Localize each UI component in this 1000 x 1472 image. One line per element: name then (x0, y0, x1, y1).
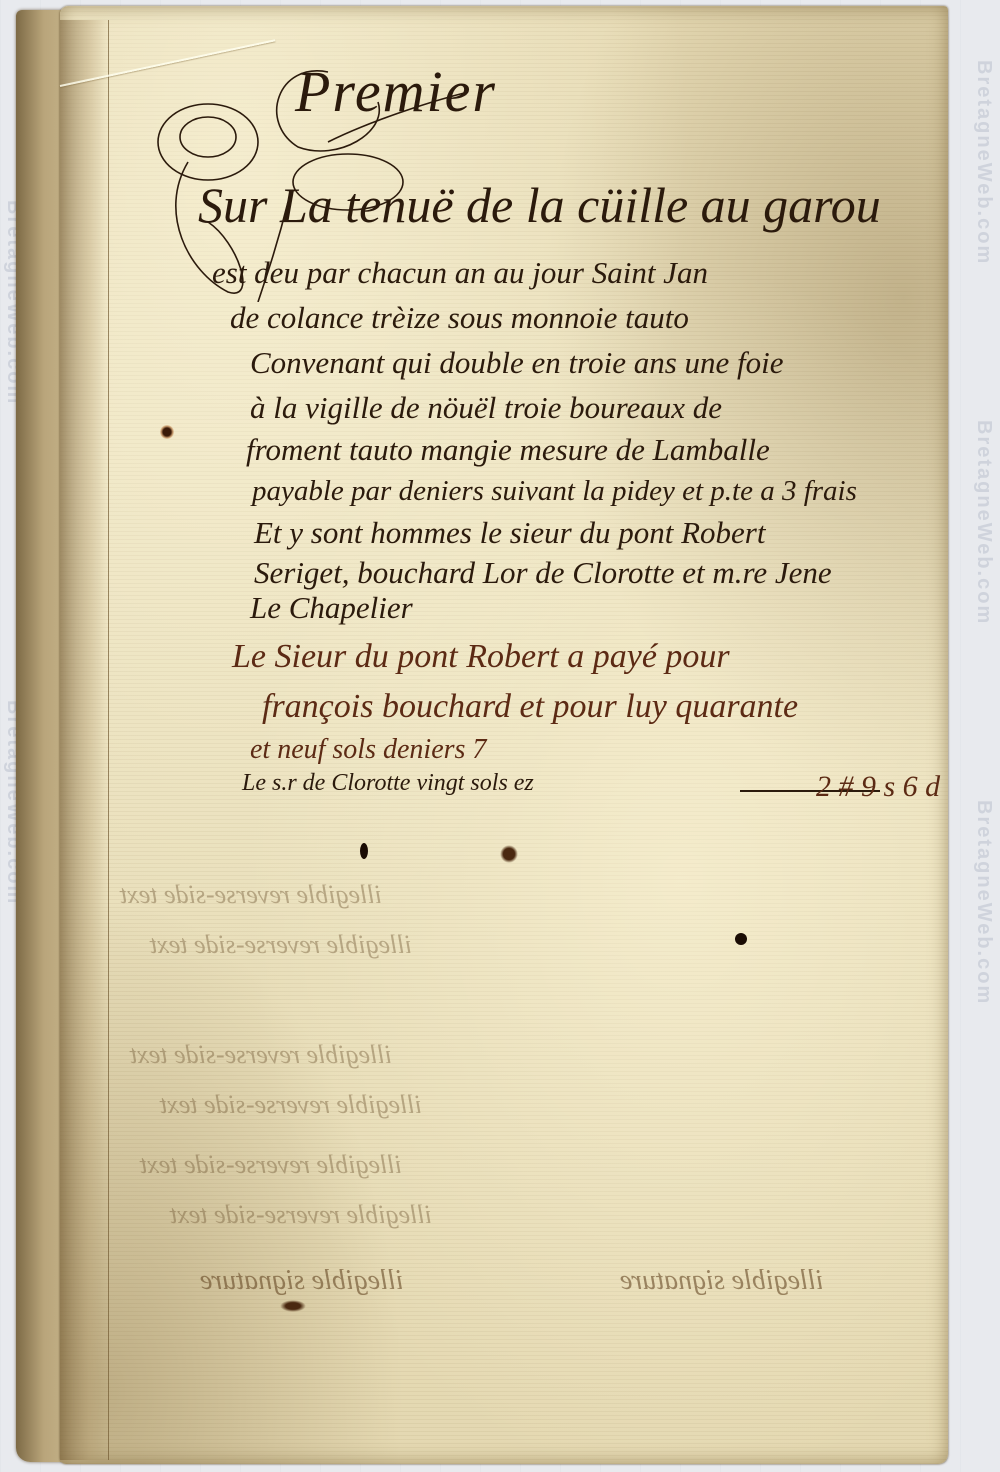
watermark-right-3: BretagneWeb.com (972, 800, 995, 1005)
heading-subject: Sur La tenuë de la cüille au garou (198, 176, 881, 234)
body-line-1: est deu par chacun an au jour Saint Jan (212, 255, 708, 291)
body-line-6: payable par deniers suivant la pidey et … (252, 475, 857, 508)
ink-stain (280, 1300, 306, 1312)
bleed-through-line: illegible reverse-side text (150, 930, 412, 960)
body-line-7: Et y sont hommes le sieur du pont Robert (254, 515, 765, 551)
annotation-line-2: françois bouchard et pour luy quarante (262, 688, 798, 726)
bleed-through-signature: illegible signature (620, 1265, 824, 1297)
left-folded-edge (60, 20, 109, 1460)
watermark-right-2: BretagneWeb.com (972, 420, 995, 625)
body-line-8: Seriget, bouchard Lor de Clorotte et m.r… (254, 555, 832, 591)
ink-stain (500, 845, 518, 863)
bleed-through-line: illegible reverse-side text (130, 1040, 392, 1070)
body-line-3: Convenant qui double en troie ans une fo… (250, 345, 784, 381)
ink-drop (735, 933, 747, 945)
annotation-line-4: Le s.r de Clorotte vingt sols ez (242, 770, 534, 797)
ink-drop (360, 843, 368, 859)
bleed-through-line: illegible reverse-side text (160, 1090, 422, 1120)
bleed-through-signature: illegible signature (200, 1265, 404, 1297)
ink-stain (160, 425, 174, 439)
watermark-right: BretagneWeb.com (972, 60, 995, 265)
annotation-line-1: Le Sieur du pont Robert a payé pour (232, 638, 730, 676)
body-line-4: à la vigille de nöuël troie boureaux de (250, 390, 722, 426)
body-line-5: froment tauto mangie mesure de Lamballe (246, 432, 770, 468)
margin-sum: 2 # 9 s 6 d (816, 770, 940, 804)
heading-title: Premier (295, 58, 497, 125)
annotation-line-3: et neuf sols deniers 7 (250, 734, 486, 766)
bleed-through-line: illegible reverse-side text (170, 1200, 432, 1230)
bleed-through-line: illegible reverse-side text (140, 1150, 402, 1180)
bleed-through-line: illegible reverse-side text (120, 880, 382, 910)
body-line-9: Le Chapelier (250, 590, 413, 626)
body-line-2: de colance trèize sous monnoie tauto (230, 300, 689, 336)
